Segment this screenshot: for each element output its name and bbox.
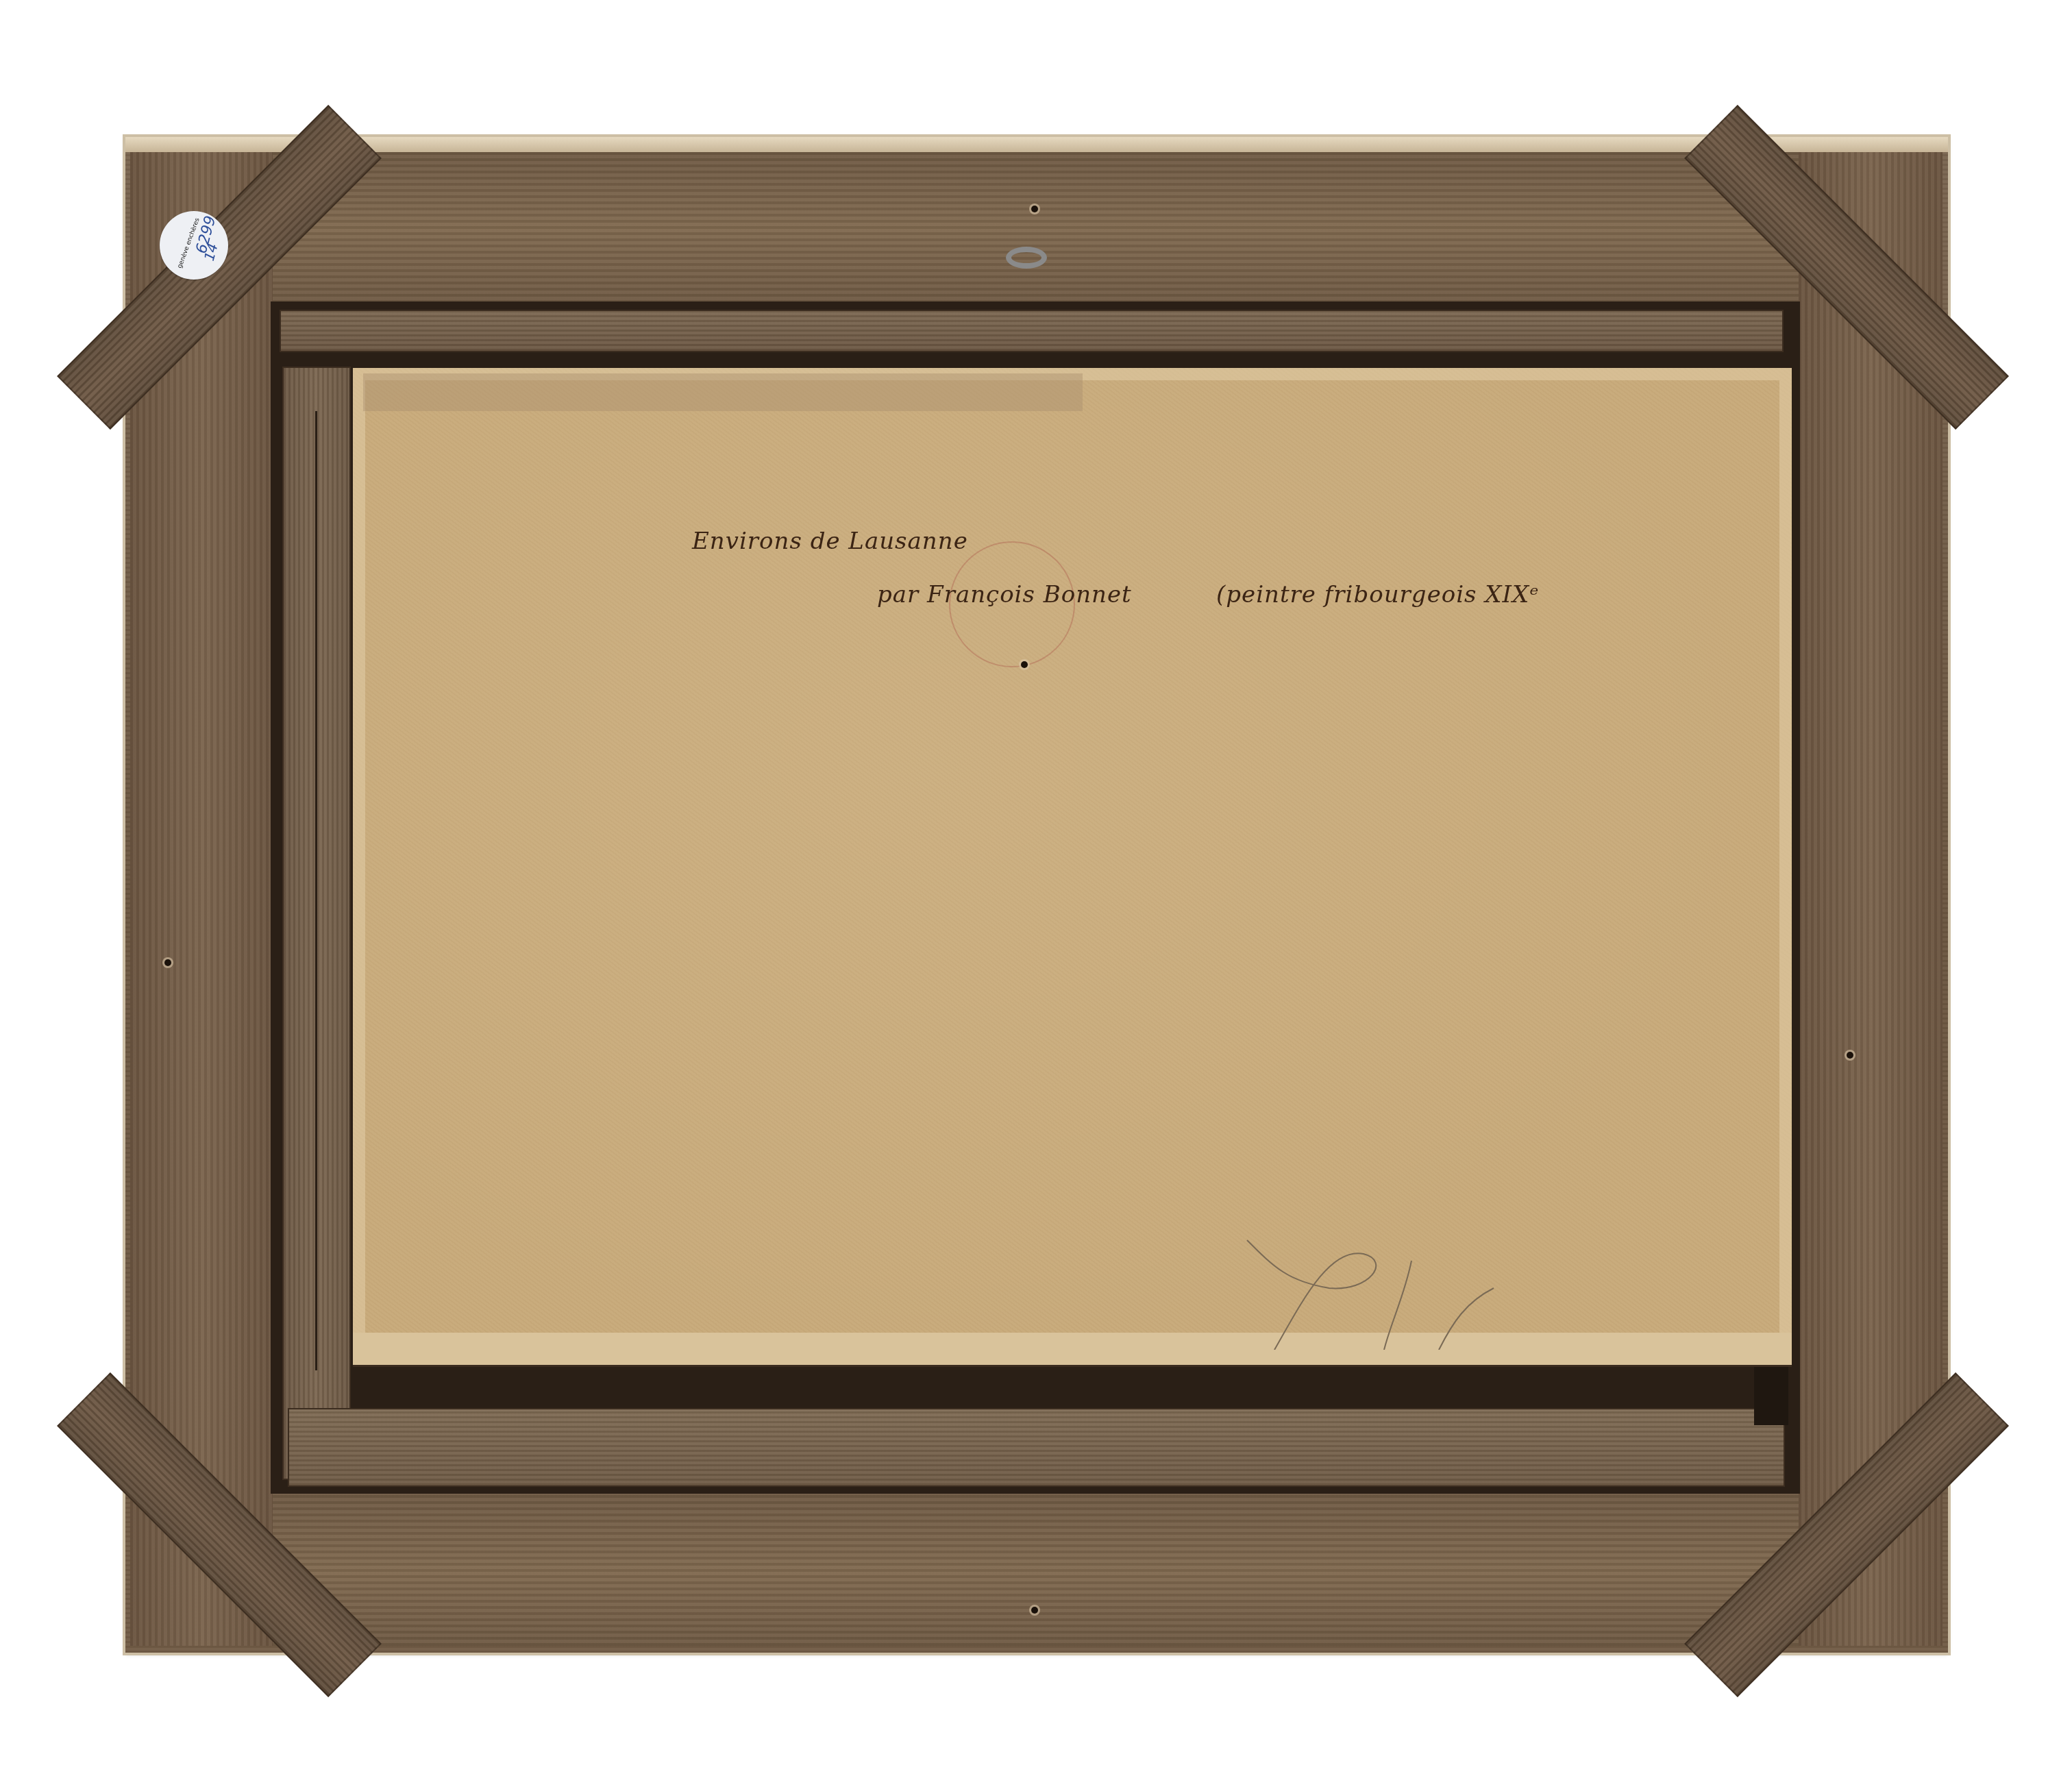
frame-bottom-rail <box>137 1494 1936 1646</box>
sticker-sub-number: 14 <box>201 242 221 263</box>
inscription-note: (peintre fribourgeois XIXᵉ <box>1216 581 1539 608</box>
screw-hole <box>164 959 171 966</box>
inscription-artist: par François Bonnet <box>877 581 1132 608</box>
board-bottom-edge <box>353 1333 1792 1365</box>
auction-lot-sticker: genève enchères 6299 14 <box>160 211 228 280</box>
backing-board <box>353 368 1792 1365</box>
inscription-title: Environs de Lausanne <box>692 528 968 555</box>
board-tape-residue <box>363 373 1083 411</box>
hanging-ring-icon <box>1006 247 1047 269</box>
frame-top-rail <box>137 152 1936 303</box>
screw-hole <box>1021 661 1028 668</box>
screw-hole <box>1031 1607 1038 1614</box>
pencil-scribble-icon <box>1233 1226 1507 1350</box>
stretcher-bottom <box>288 1408 1785 1487</box>
stretcher-groove <box>315 411 317 1370</box>
stretcher-top <box>280 310 1784 352</box>
stretcher-gap <box>1754 1357 1788 1425</box>
screw-hole <box>1847 1052 1853 1059</box>
screw-hole <box>1031 206 1038 212</box>
frame-top-lip <box>125 137 1948 152</box>
